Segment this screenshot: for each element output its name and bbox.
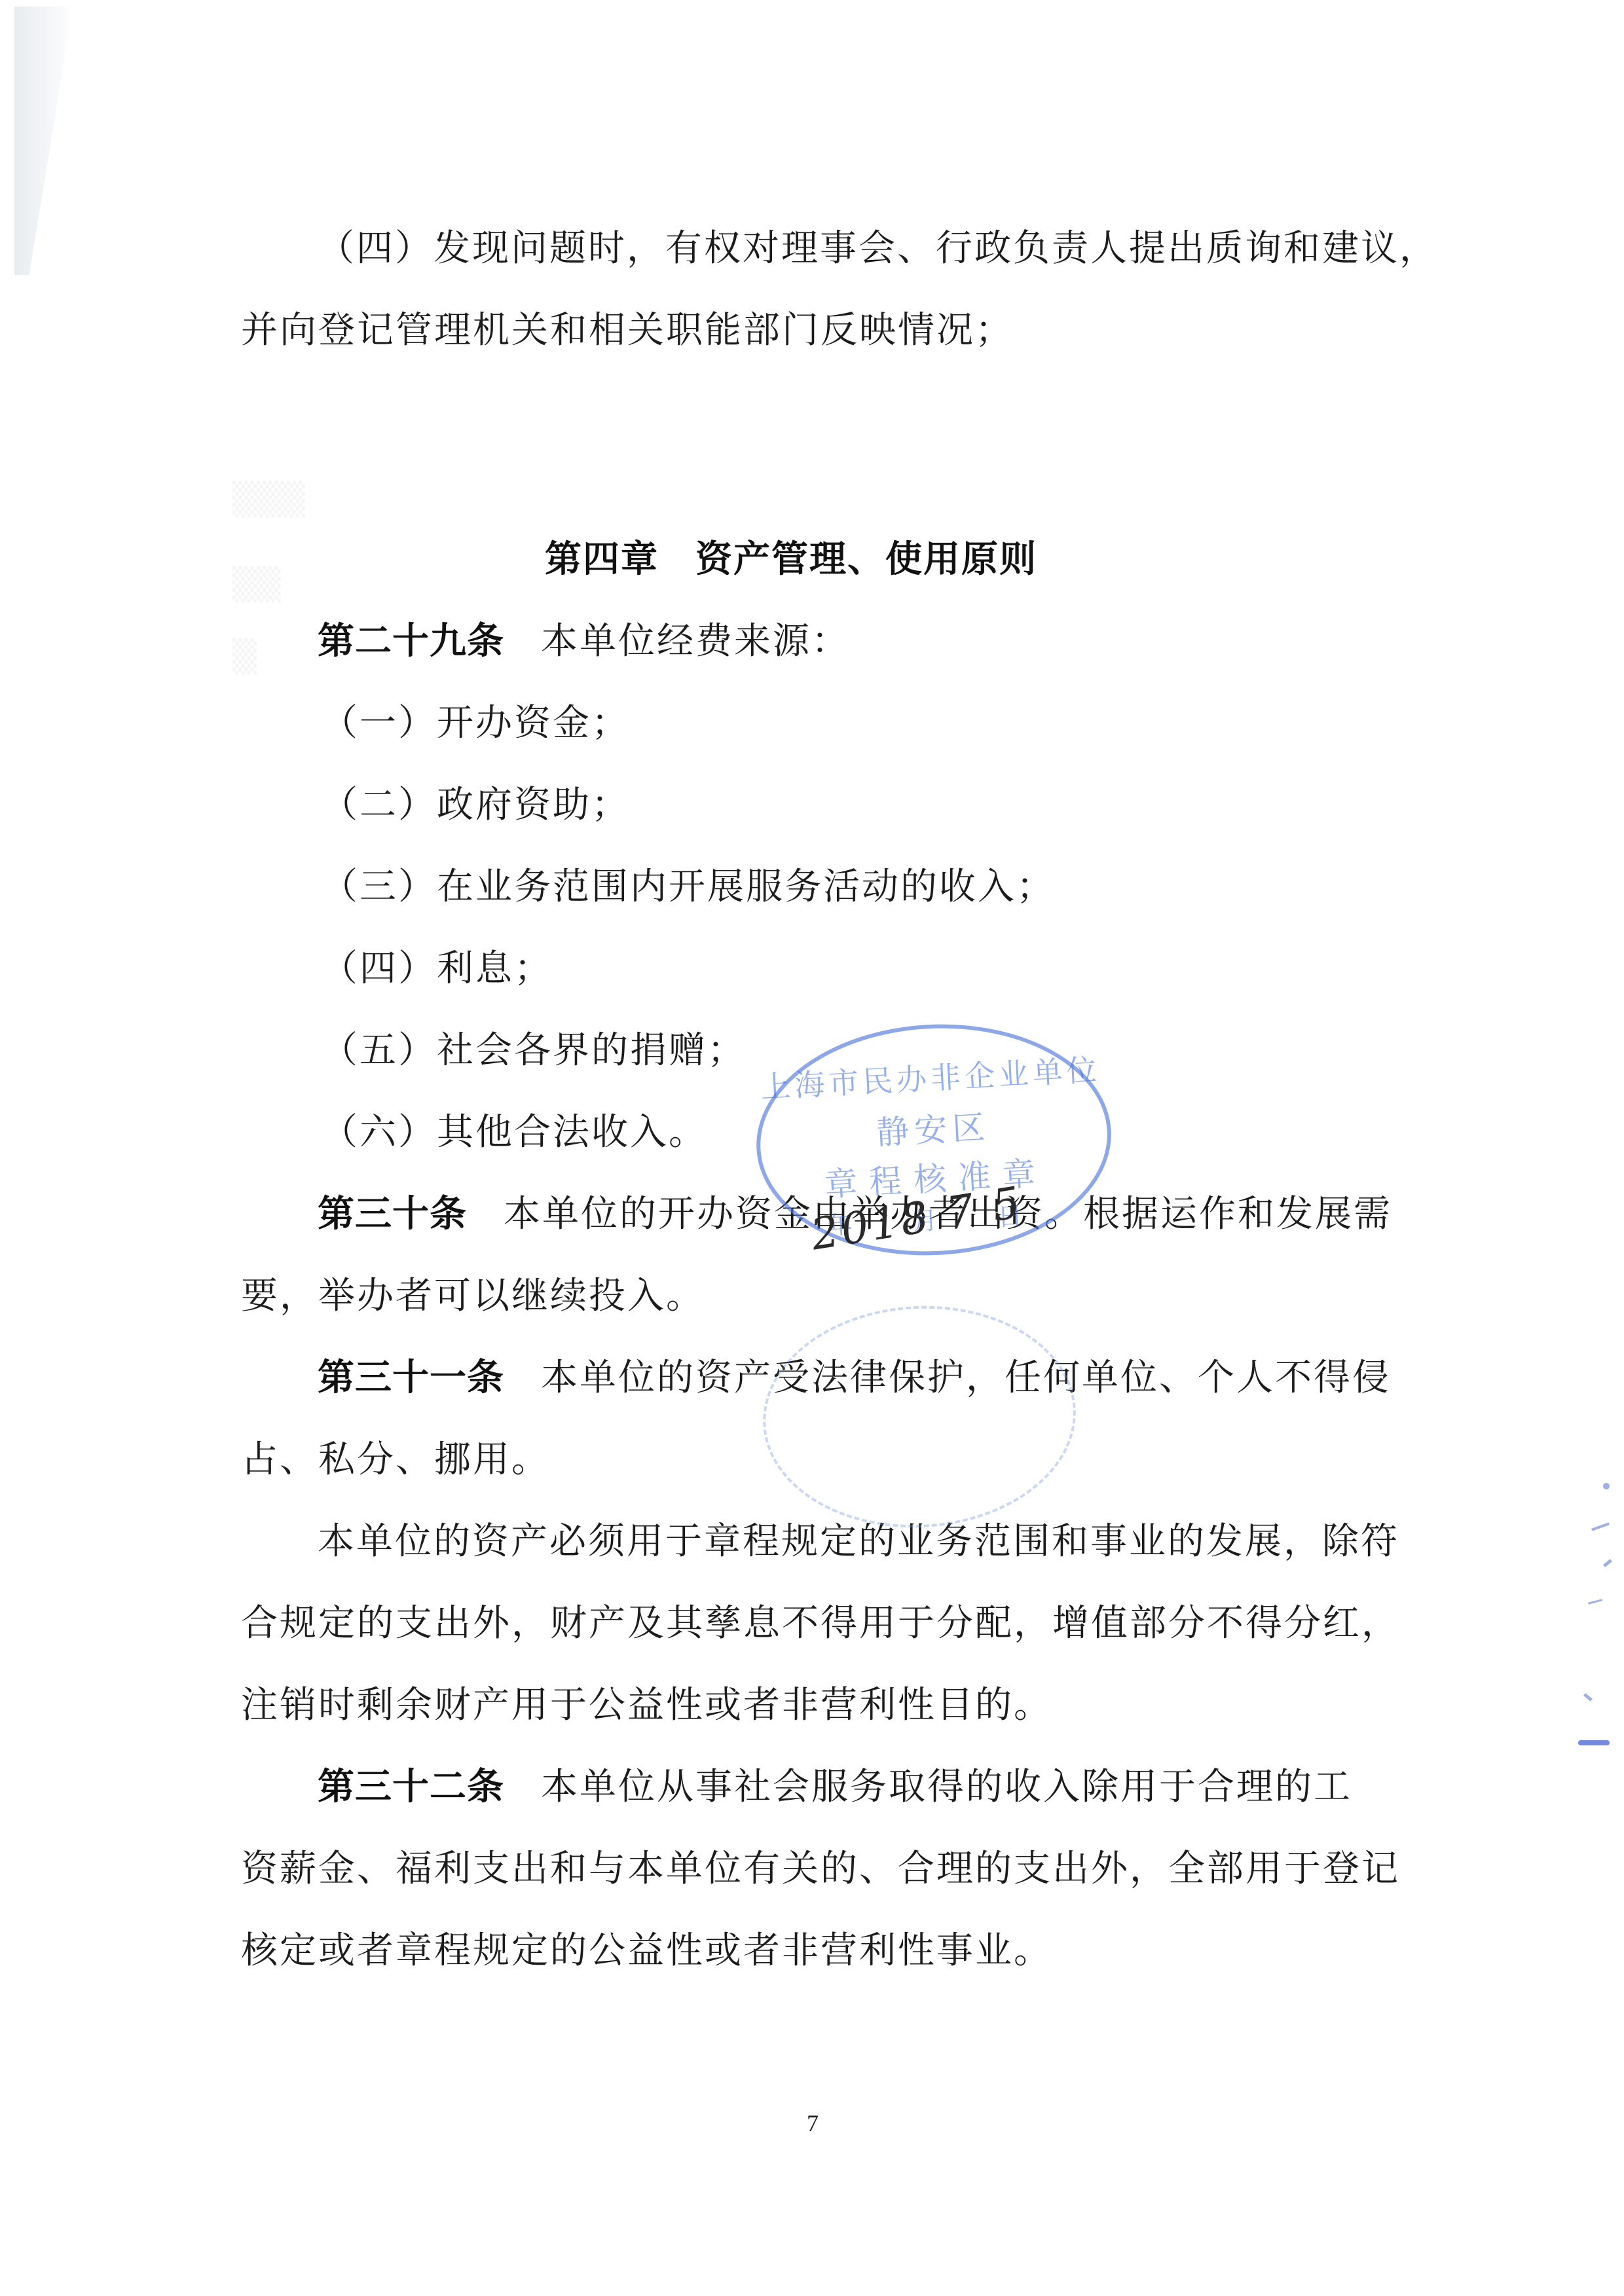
list-item: （三）在业务范围内开展服务活动的收入； <box>321 864 1055 910</box>
seal-fragment <box>1603 1483 1610 1489</box>
list-item: （四）利息； <box>321 946 553 992</box>
paragraph-line: 资薪金、福利支出和与本单位有关的、合理的支出外，全部用于登记 <box>241 1846 1400 1892</box>
list-item: （五）社会各界的捐赠； <box>321 1028 746 1074</box>
article-label: 第三十二条 <box>318 1766 504 1808</box>
seal-fragment <box>1578 1740 1610 1745</box>
bleed-through-ghost: ▒▒ <box>232 566 281 603</box>
seal-fragment <box>1588 1599 1602 1605</box>
chapter-number: 第四章 <box>545 538 659 581</box>
chapter-heading: 第四章资产管理、使用原则 <box>545 537 1037 583</box>
seal-fragment <box>1603 1559 1612 1567</box>
paragraph-line: 并向登记管理机关和相关职能部门反映情况； <box>241 308 1014 354</box>
list-item: （二）政府资助； <box>321 782 630 828</box>
paragraph-line: 注销时剩余财产用于公益性或者非营利性目的。 <box>241 1683 1052 1728</box>
list-item: （一）开办资金； <box>321 701 630 746</box>
paragraph-line: （四）发现问题时，有权对理事会、行政负责人提出质询和建议， <box>318 226 1438 272</box>
chapter-title: 资产管理、使用原则 <box>695 538 1037 581</box>
paragraph-line: 占、私分、挪用。 <box>241 1437 550 1483</box>
list-item: （六）其他合法收入。 <box>321 1110 707 1156</box>
seal-fragment <box>1583 1693 1593 1702</box>
article-label: 第二十九条 <box>318 620 504 663</box>
seal-fragment <box>1591 1522 1610 1531</box>
bleed-through-ghost: ▒▒▒ <box>232 481 305 518</box>
article-text: 本单位从事社会服务取得的收入除用于合理的工 <box>541 1766 1352 1808</box>
page-number: 7 <box>807 2109 819 2137</box>
paragraph-line: 要，举办者可以继续投入。 <box>241 1273 705 1319</box>
article-32: 第三十二条本单位从事社会服务取得的收入除用于合理的工 <box>318 1764 1352 1810</box>
paragraph-line: 合规定的支出外，财产及其孳息不得用于分配，增值部分不得分红， <box>241 1601 1400 1647</box>
article-text: 本单位经费来源： <box>541 620 850 663</box>
paragraph-line: 本单位的资产必须用于章程规定的业务范围和事业的发展，除符 <box>318 1519 1399 1565</box>
article-label: 第三十条 <box>318 1193 467 1235</box>
paragraph-line: 核定或者章程规定的公益性或者非营利性事业。 <box>241 1928 1052 1974</box>
scanner-edge-shadow <box>14 7 73 275</box>
faint-stamp-impression <box>757 1298 1081 1536</box>
article-label: 第三十一条 <box>318 1357 504 1399</box>
approval-stamp: 上海市民办非企业单位 静安区 章程核准章 年 月 日 2018 7 5 <box>750 1015 1117 1264</box>
article-29: 第二十九条本单位经费来源： <box>318 619 850 665</box>
scanned-document-page: ▒▒▒ ▒▒ ▒ （四）发现问题时，有权对理事会、行政负责人提出质询和建议， 并… <box>0 0 1624 2296</box>
bleed-through-ghost: ▒ <box>232 638 257 675</box>
